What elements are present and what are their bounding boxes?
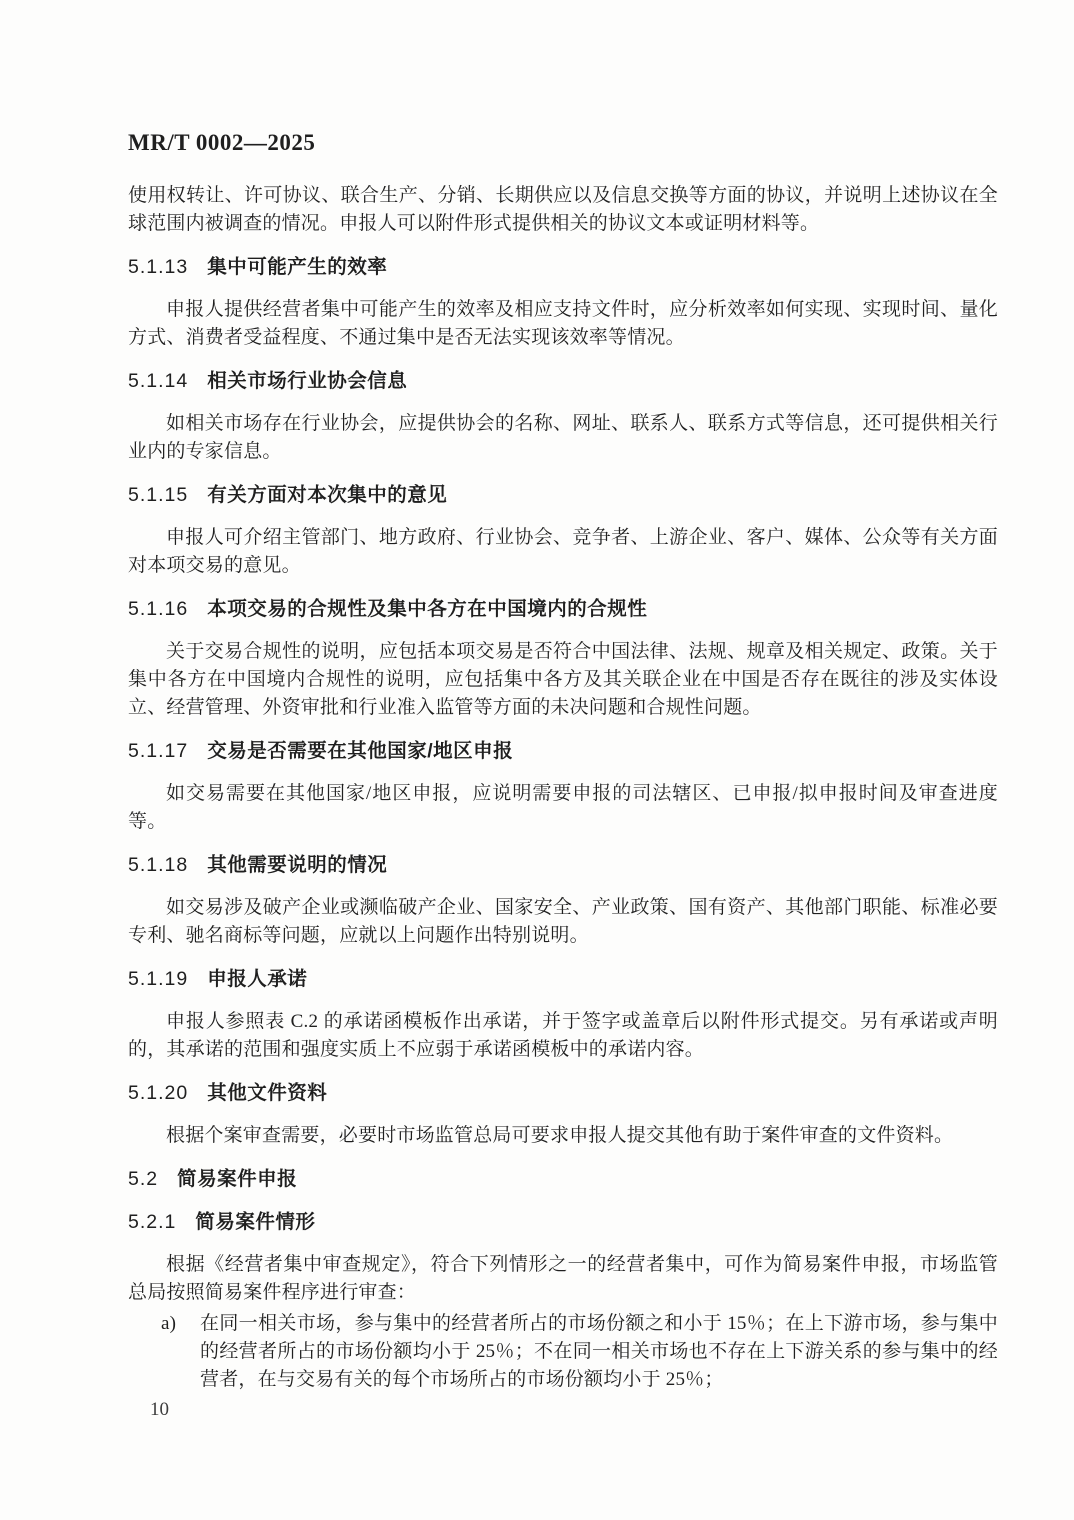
- clause-number: 5.1.16: [128, 598, 188, 620]
- clause-title: 交易是否需要在其他国家/地区申报: [207, 740, 513, 762]
- clause-number: 5.1.17: [128, 740, 188, 762]
- body-paragraph: 关于交易合规性的说明，应包括本项交易是否符合中国法律、法规、规章及相关规定、政策…: [128, 638, 998, 722]
- clause-heading-5-1-17: 5.1.17交易是否需要在其他国家/地区申报: [128, 737, 998, 765]
- clause-number: 5.1.18: [128, 854, 188, 876]
- clause-number: 5.1.19: [128, 968, 188, 990]
- clause-heading-5-1-19: 5.1.19申报人承诺: [128, 965, 998, 993]
- clause-title: 本项交易的合规性及集中各方在中国境内的合规性: [207, 598, 647, 620]
- clause-heading-5-1-20: 5.1.20其他文件资料: [128, 1079, 998, 1107]
- clause-heading-5-1-15: 5.1.15有关方面对本次集中的意见: [128, 481, 998, 509]
- body-paragraph: 申报人提供经营者集中可能产生的效率及相应支持文件时，应分析效率如何实现、实现时间…: [128, 296, 998, 352]
- clause-heading-5-1-13: 5.1.13集中可能产生的效率: [128, 253, 998, 281]
- clause-number: 5.1.13: [128, 256, 188, 278]
- document-body: 使用权转让、许可协议、联合生产、分销、长期供应以及信息交换等方面的协议，并说明上…: [128, 182, 998, 1394]
- clause-number: 5.1.14: [128, 370, 188, 392]
- clause-title: 申报人承诺: [207, 968, 307, 990]
- clause-title: 有关方面对本次集中的意见: [207, 484, 447, 506]
- clause-heading-5-1-18: 5.1.18其他需要说明的情况: [128, 851, 998, 879]
- clause-heading-5-1-14: 5.1.14相关市场行业协会信息: [128, 367, 998, 395]
- body-paragraph: 如交易需要在其他国家/地区申报，应说明需要申报的司法辖区、已申报/拟申报时间及审…: [128, 780, 998, 836]
- clause-number: 5.1.20: [128, 1082, 188, 1104]
- list-item-marker: a): [161, 1310, 176, 1338]
- clause-title: 简易案件情形: [195, 1211, 315, 1233]
- clause-title: 集中可能产生的效率: [207, 256, 387, 278]
- body-paragraph: 如交易涉及破产企业或濒临破产企业、国家安全、产业政策、国有资产、其他部门职能、标…: [128, 894, 998, 950]
- document-page: MR/T 0002—2025 使用权转让、许可协议、联合生产、分销、长期供应以及…: [0, 0, 1074, 1520]
- body-paragraph: 根据个案审查需要，必要时市场监管总局可要求申报人提交其他有助于案件审查的文件资料…: [128, 1122, 998, 1150]
- body-paragraph: 申报人参照表 C.2 的承诺函模板作出承诺，并于签字或盖章后以附件形式提交。另有…: [128, 1008, 998, 1064]
- clause-number: 5.1.15: [128, 484, 188, 506]
- continuation-paragraph: 使用权转让、许可协议、联合生产、分销、长期供应以及信息交换等方面的协议，并说明上…: [128, 182, 998, 238]
- clause-title: 简易案件申报: [177, 1168, 297, 1190]
- clause-heading-5-1-16: 5.1.16本项交易的合规性及集中各方在中国境内的合规性: [128, 595, 998, 623]
- clause-title: 其他文件资料: [207, 1082, 327, 1104]
- document-code: MR/T 0002—2025: [128, 131, 998, 155]
- clause-title: 其他需要说明的情况: [207, 854, 387, 876]
- list-item-text: 在同一相关市场，参与集中的经营者所占的市场份额之和小于 15％；在上下游市场，参…: [200, 1313, 998, 1390]
- clause-number: 5.2: [128, 1168, 158, 1190]
- body-paragraph: 如相关市场存在行业协会，应提供协会的名称、网址、联系人、联系方式等信息，还可提供…: [128, 410, 998, 466]
- clause-heading-5-2: 5.2简易案件申报: [128, 1165, 998, 1193]
- clause-heading-5-2-1: 5.2.1简易案件情形: [128, 1208, 998, 1236]
- page-number: 10: [150, 1398, 169, 1422]
- list-item-a: a) 在同一相关市场，参与集中的经营者所占的市场份额之和小于 15％；在上下游市…: [128, 1310, 998, 1394]
- body-paragraph: 申报人可介绍主管部门、地方政府、行业协会、竞争者、上游企业、客户、媒体、公众等有…: [128, 524, 998, 580]
- clause-title: 相关市场行业协会信息: [207, 370, 407, 392]
- clause-number: 5.2.1: [128, 1211, 176, 1233]
- body-paragraph: 根据《经营者集中审查规定》，符合下列情形之一的经营者集中，可作为简易案件申报，市…: [128, 1251, 998, 1307]
